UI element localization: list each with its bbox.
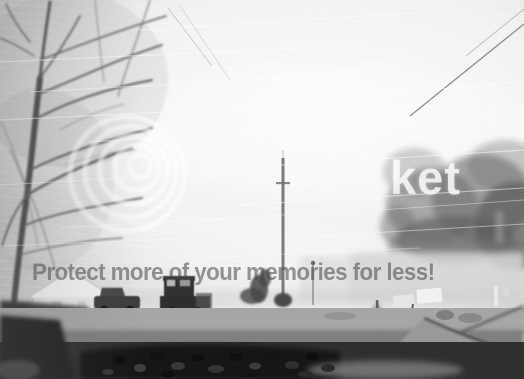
photobucket-wordmark-partial: ket	[390, 154, 461, 201]
photobucket-rings-logo	[55, 100, 205, 250]
watermark-tagline: Protect more of your memories for less!	[32, 260, 434, 286]
vintage-photo: ket Protect more of your memories for le…	[0, 0, 524, 379]
road-sign	[416, 288, 442, 304]
road-sign	[393, 294, 415, 308]
